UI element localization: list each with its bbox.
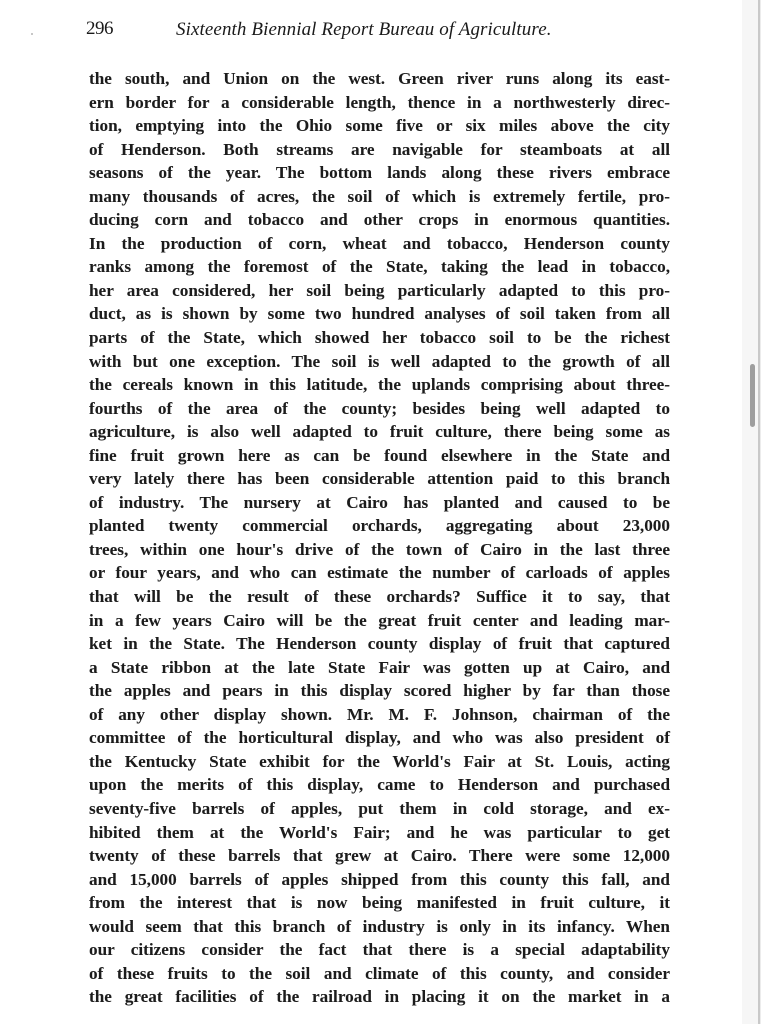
text-line: ducing corn and tobacco and other crops …: [89, 208, 670, 232]
text-line: with but one exception. The soil is well…: [89, 350, 670, 374]
text-line: of Henderson. Both streams are navigable…: [89, 138, 670, 162]
text-line: the Kentucky State exhibit for the World…: [89, 750, 670, 774]
text-line: duct, as is shown by some two hundred an…: [89, 302, 670, 326]
text-line: fourths of the area of the county; besid…: [89, 397, 670, 421]
text-line: parts of the State, which showed her tob…: [89, 326, 670, 350]
text-line: from the interest that is now being mani…: [89, 891, 670, 915]
text-line: the great facilities of the railroad in …: [89, 985, 670, 1009]
running-header: 296 Sixteenth Biennial Report Bureau of …: [86, 18, 606, 48]
text-line: the apples and pears in this display sco…: [89, 679, 670, 703]
text-line: of these fruits to the soil and climate …: [89, 962, 670, 986]
text-line: planted twenty commercial orchards, aggr…: [89, 514, 670, 538]
scanned-page: 296 Sixteenth Biennial Report Bureau of …: [0, 0, 740, 1024]
text-line: seventy-five barrels of apples, put them…: [89, 797, 670, 821]
document-viewer: 296 Sixteenth Biennial Report Bureau of …: [0, 0, 761, 1024]
text-line: a State ribbon at the late State Fair wa…: [89, 656, 670, 680]
text-line: would seem that this branch of industry …: [89, 915, 670, 939]
text-line: fine fruit grown here as can be found el…: [89, 444, 670, 468]
page-number: 296: [86, 18, 113, 40]
text-line: hibited them at the World's Fair; and he…: [89, 821, 670, 845]
text-line: trees, within one hour's drive of the to…: [89, 538, 670, 562]
text-line: the south, and Union on the west. Green …: [89, 67, 670, 91]
text-line: and 15,000 barrels of apples shipped fro…: [89, 868, 670, 892]
text-line: upon the merits of this display, came to…: [89, 773, 670, 797]
body-paragraph: the south, and Union on the west. Green …: [89, 67, 670, 1009]
text-line: many thousands of acres, the soil of whi…: [89, 185, 670, 209]
text-line: of any other display shown. Mr. M. F. Jo…: [89, 703, 670, 727]
text-line: that will be the result of these orchard…: [89, 585, 670, 609]
text-line: ranks among the foremost of the State, t…: [89, 255, 670, 279]
running-title: Sixteenth Biennial Report Bureau of Agri…: [176, 19, 552, 41]
scrollbar-thumb[interactable]: [750, 364, 755, 427]
text-line: committee of the horticultural display, …: [89, 726, 670, 750]
text-line: In the production of corn, wheat and tob…: [89, 232, 670, 256]
text-line: the cereals known in this latitude, the …: [89, 373, 670, 397]
text-line: tion, emptying into the Ohio some five o…: [89, 114, 670, 138]
text-line: her area considered, her soil being part…: [89, 279, 670, 303]
text-line: in a few years Cairo will be the great f…: [89, 609, 670, 633]
text-line: or four years, and who can estimate the …: [89, 561, 670, 585]
text-line: agriculture, is also well adapted to fru…: [89, 420, 670, 444]
text-line: very lately there has been considerable …: [89, 467, 670, 491]
scan-speck: [31, 33, 33, 35]
text-line: ern border for a considerable length, th…: [89, 91, 670, 115]
text-line: ket in the State. The Henderson county d…: [89, 632, 670, 656]
text-line: of industry. The nursery at Cairo has pl…: [89, 491, 670, 515]
text-line: twenty of these barrels that grew at Cai…: [89, 844, 670, 868]
text-line: our citizens consider the fact that ther…: [89, 938, 670, 962]
text-line: seasons of the year. The bottom lands al…: [89, 161, 670, 185]
scrollbar-track[interactable]: [742, 0, 758, 1024]
